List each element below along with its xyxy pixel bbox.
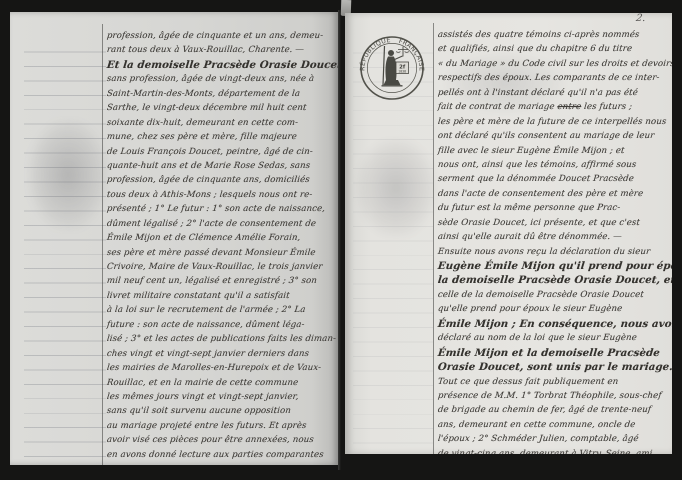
stamp-subvalue: 1838 — [398, 69, 406, 73]
manuscript-line: pellés ont à l'instant déclaré qu'il n'a… — [437, 86, 672, 100]
manuscript-line: qu'elle prend pour époux le sieur Eugène — [437, 302, 672, 316]
manuscript-line: à la loi sur le recrutement de l'armée ;… — [106, 303, 338, 317]
revenue-stamp: RÉPUBLIQUE FRANÇAISE 2f 1838 — [357, 33, 427, 103]
ruled-lines — [24, 38, 106, 458]
manuscript-line: Tout ce que dessus fait publiquement en — [437, 375, 672, 389]
manuscript-line: tous deux à Athis-Mons ; lesquels nous o… — [106, 188, 338, 202]
manuscript-line: de brigade au chemin de fer, âgé de tren… — [437, 403, 672, 417]
manuscript-line: les mairies de Marolles-en-Hurepoix et d… — [106, 361, 338, 375]
manuscript-line: les mêmes jours vingt et vingt-sept janv… — [106, 390, 338, 404]
manuscript-line: de vingt-cinq ans, demeurant à Vitry, Se… — [437, 447, 672, 454]
manuscript-line: ainsi qu'elle aurait dû être dénommée. — — [437, 230, 672, 244]
manuscript-line: déclaré au nom de la loi que le sieur Eu… — [437, 331, 672, 345]
manuscript-line: Rouillac, et en la mairie de cette commu… — [106, 376, 338, 390]
manuscript-line: ches vingt et vingt-sept janvier dernier… — [106, 347, 338, 361]
right-page: 2. RÉPUBLIQUE FRANÇAISE — [345, 13, 672, 454]
book-fold — [338, 10, 341, 470]
manuscript-line: et qualifiés, ainsi que du chapitre 6 du… — [437, 42, 672, 56]
manuscript-line: profession, âgée de cinquante et un ans,… — [106, 29, 338, 43]
manuscript-line: nous ont, ainsi que les témoins, affirmé… — [437, 158, 672, 172]
page-number: 2. — [636, 13, 647, 24]
manuscript-line: Orasie Doucet, sont unis par le mariage. — [437, 360, 672, 374]
manuscript-line: en avons donné lecture aux parties compa… — [106, 448, 338, 462]
manuscript-line: Crivoire, Maire de Vaux-Rouillac, le tro… — [106, 260, 338, 274]
manuscript-line: Émile Mijon ; En conséquence, nous avons — [437, 317, 672, 331]
manuscript-line: sans qu'il soit survenu aucune oppositio… — [106, 404, 338, 418]
manuscript-line: celle de la demoiselle Pracsède Orasie D… — [437, 288, 672, 302]
manuscript-line: Ensuite nous avons reçu la déclaration d… — [437, 245, 672, 259]
manuscript-line: lisé ; 3° et les actes de publications f… — [106, 332, 338, 346]
manuscript-line: présenté ; 1° Le futur : 1° son acte de … — [106, 202, 338, 216]
manuscript-line: rant tous deux à Vaux-Rouillac, Charente… — [106, 43, 338, 57]
register-scan: profession, âgée de cinquante et un ans,… — [0, 0, 682, 480]
manuscript-line: fait de contrat de mariage entre les fut… — [437, 100, 672, 114]
manuscript-line: quante-huit ans et de Marie Rose Sedas, … — [106, 159, 338, 173]
manuscript-line: profession, âgée de cinquante ans, domic… — [106, 173, 338, 187]
manuscript-line: sans profession, âgée de vingt-deux ans,… — [106, 72, 338, 86]
left-page-text: profession, âgée de cinquante et un ans,… — [106, 29, 338, 462]
manuscript-line: de Louis François Doucet, peintre, âgé d… — [106, 145, 338, 159]
left-page: profession, âgée de cinquante et un ans,… — [10, 12, 338, 465]
manuscript-line: les père et mère de la future de ce inte… — [437, 115, 672, 129]
manuscript-line: mune, chez ses père et mère, fille majeu… — [106, 130, 338, 144]
manuscript-line: sède Orasie Doucet, ici présente, et que… — [437, 216, 672, 230]
manuscript-line: dûment légalisé ; 2° l'acte de consentem… — [106, 217, 338, 231]
manuscript-line: ses père et mère passé devant Monsieur É… — [106, 246, 338, 260]
manuscript-line: Émile Mijon et la demoiselle Pracsède — [437, 346, 672, 360]
manuscript-line: respectifs des époux. Les comparants de … — [437, 71, 672, 85]
stamp-value-tablet: 2f 1838 — [396, 62, 409, 74]
manuscript-line: ont déclaré qu'ils consentent au mariage… — [437, 129, 672, 143]
manuscript-line: soixante dix-huit, demeurant en cette co… — [106, 116, 338, 130]
manuscript-line: Sarthe, le vingt-deux décembre mil huit … — [106, 101, 338, 115]
manuscript-line: ans, demeurant en cette commune, oncle d… — [437, 418, 672, 432]
ink-bleed-smudge — [28, 120, 108, 230]
manuscript-line: « du Mariage » du Code civil sur les dro… — [437, 57, 672, 71]
manuscript-line: fille avec le sieur Eugène Émile Mijon ;… — [437, 144, 672, 158]
manuscript-line: avoir visé ces pièces pour être annexées… — [106, 433, 338, 447]
manuscript-line: future : son acte de naissance, dûment l… — [106, 318, 338, 332]
margin-rule — [433, 23, 434, 454]
manuscript-line: Émile Mijon et de Clémence Amélie Forain… — [106, 231, 338, 245]
margin-rule — [102, 24, 103, 465]
manuscript-line: assistés des quatre témoins ci-après nom… — [437, 28, 672, 42]
manuscript-line: l'époux ; 2° Schméder Julien, comptable,… — [437, 432, 672, 446]
manuscript-line: au mariage projeté entre les futurs. Et … — [106, 419, 338, 433]
right-page-text: assistés des quatre témoins ci-après nom… — [437, 28, 672, 454]
manuscript-line: livret militaire constatant qu'il a sati… — [106, 289, 338, 303]
manuscript-line: Saint-Martin-des-Monts, département de l… — [106, 87, 338, 101]
manuscript-line: présence de M.M. 1° Torbrat Théophile, s… — [437, 389, 672, 403]
manuscript-line: Eugène Émile Mijon qu'il prend pour épou… — [437, 259, 672, 273]
manuscript-line: mil neuf cent un, légalisé et enregistré… — [106, 274, 338, 288]
manuscript-line: serment que la dénommée Doucet Pracsède — [437, 172, 672, 186]
manuscript-line: la demoiselle Pracsède Orasie Doucet, et — [437, 273, 672, 287]
manuscript-line: dans l'acte de consentement des père et … — [437, 187, 672, 201]
manuscript-line: du futur est la même personne que Prac- — [437, 201, 672, 215]
ink-bleed-smudge — [355, 138, 437, 238]
manuscript-line: Et la demoiselle Pracsède Orasie Doucet, — [106, 58, 338, 72]
